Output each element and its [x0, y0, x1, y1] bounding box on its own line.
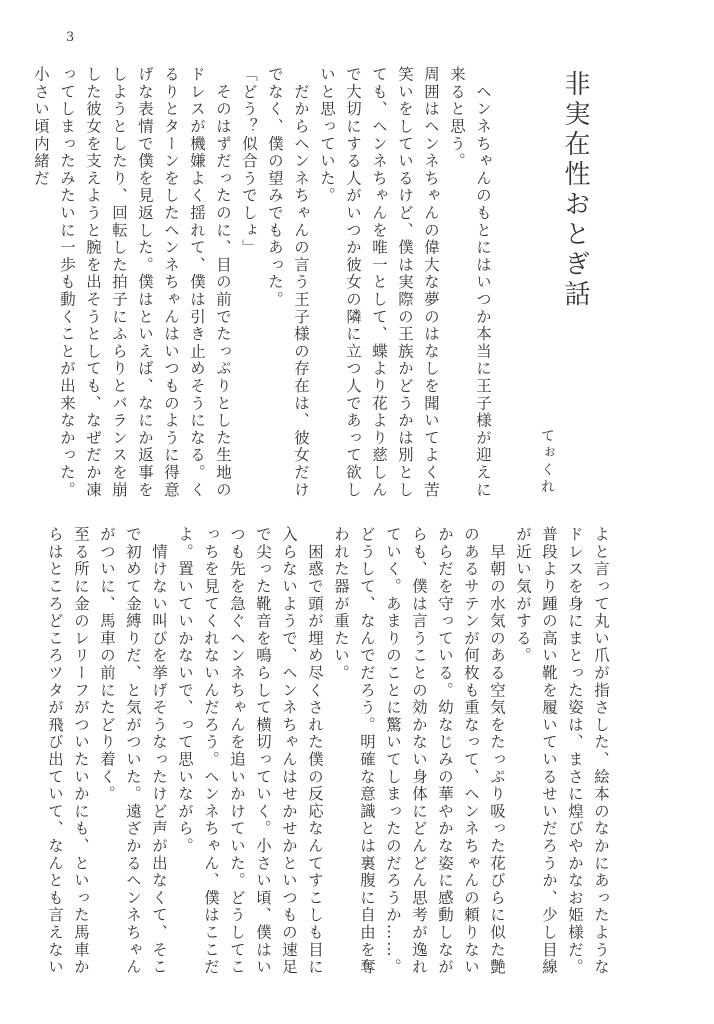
paragraph: だからヘンネちゃんの言う王子様の存在は、彼女だけでなく、僕の望みでもあった。 — [262, 66, 314, 506]
paragraph: 周囲はヘンネちゃんの偉大な夢のはなしを聞いてよく苦笑いをしているけど、僕は実際の… — [314, 66, 444, 506]
paragraph: ヘンネちゃんのもとにはいつか本当に王子様が迎えに来ると思う。 — [444, 66, 496, 506]
lower-text-block: よと言って丸い爪が指さした、絵本のなかにあったようなドレスを身にまとった姿は、ま… — [64, 526, 614, 986]
upper-text-block: ヘンネちゃんのもとにはいつか本当に王子様が迎えに来ると思う。 周囲はヘンネちゃん… — [66, 66, 496, 506]
dialogue-line: 「どう？似合うでしょ」 — [236, 66, 262, 506]
story-title: 非実在性おとぎ話 — [562, 70, 588, 310]
paragraph: 至る所に金のレリーフがついたいかにも、といった馬車からはところどころツタが飛び出… — [42, 526, 94, 986]
paragraph: 情けない叫びを挙げそうなったけど声が出なくて、そこで初めて金縛りだ、と気がついた… — [94, 526, 172, 986]
paragraph: よと言って丸い爪が指さした、絵本のなかにあったようなドレスを身にまとった姿は、ま… — [510, 526, 614, 986]
page-number: 3 — [66, 30, 74, 45]
paragraph: 困惑で頭が埋め尽くされた僕の反応なんてすこしも目に入らないようで、ヘンネちゃんは… — [172, 526, 328, 986]
paragraph: 早朝の水気のある空気をたっぷり吸った花びらに似た艶のあるサテンが何枚も重なって、… — [328, 526, 510, 986]
paragraph: そのはずだったのに、目の前でたっぷりとした生地のドレスが機嫌よく揺れて、僕は引き… — [28, 66, 236, 506]
author-name: てぉくれ — [540, 428, 554, 496]
